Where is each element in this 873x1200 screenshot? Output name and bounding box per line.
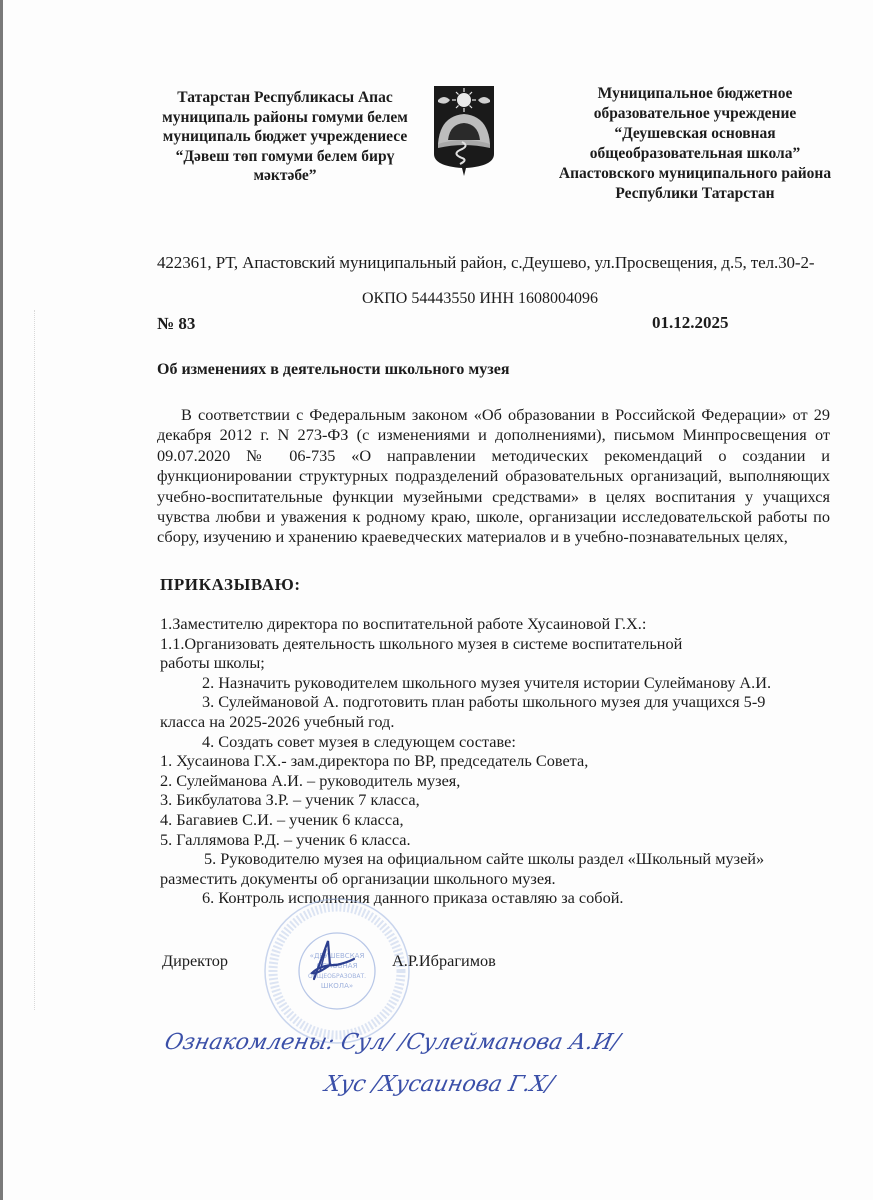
- council-member: 5. Галлямова Р.Д. – ученик 6 класса.: [160, 830, 840, 850]
- council-member: 3. Бикбулатова З.Р. – ученик 7 класса,: [160, 790, 840, 810]
- header-left-line: “Дәвеш төп гомуми белем бирү: [140, 147, 430, 167]
- header-tatar-block: Татарстан Республикасы Апас муниципаль р…: [140, 88, 430, 186]
- preamble-paragraph: В соответствии с Федеральным законом «Об…: [157, 405, 830, 548]
- header-left-line: муниципаль бюджет учреждениесе: [140, 127, 430, 147]
- order-item: 2. Назначить руководителем школьного муз…: [160, 673, 840, 693]
- header-left-line: мәктәбе”: [140, 166, 430, 186]
- coat-of-arms-emblem-icon: [432, 84, 496, 176]
- order-item: 3. Сулеймановой А. подготовить план рабо…: [160, 692, 840, 712]
- order-item: 1.1.Организовать деятельность школьного …: [160, 634, 840, 654]
- header-right-line: Муниципальное бюджетное: [540, 84, 850, 104]
- order-items-list: 1.Заместителю директора по воспитательно…: [160, 614, 840, 908]
- header-right-line: Апастовского муниципального района: [540, 164, 850, 184]
- acknowledgement-line-2: Хус /Хусаинова Г.Х/: [322, 1072, 556, 1097]
- header-right-line: образовательное учреждение: [540, 104, 850, 124]
- order-item: 1.Заместителю директора по воспитательно…: [160, 614, 840, 634]
- order-title: Об изменениях в деятельности школьного м…: [157, 361, 509, 379]
- header-right-line: Республики Татарстан: [540, 184, 850, 204]
- order-heading: ПРИКАЗЫВАЮ:: [160, 575, 301, 595]
- director-name: А.Р.Ибрагимов: [392, 951, 496, 971]
- order-date: 01.12.2025: [652, 313, 729, 333]
- okpo-inn-codes: ОКПО 54443550 ИНН 1608004096: [362, 290, 598, 308]
- acknowledgement-line-1: Ознакомлены: Сул/ /Сулейманова А.И/: [162, 1030, 622, 1055]
- director-signature-icon: [306, 935, 358, 985]
- scan-left-edge: [0, 0, 3, 1200]
- council-member: 4. Багавиев С.И. – ученик 6 класса,: [160, 810, 840, 830]
- header-right-line: “Деушевская основная: [540, 124, 850, 144]
- order-item: 5. Руководителю музея на официальном сай…: [160, 849, 840, 869]
- council-member: 1. Хусаинова Г.Х.- зам.директора по ВР, …: [160, 751, 840, 771]
- header-left-line: муниципаль районы гомуми белем: [140, 108, 430, 128]
- scan-margin-dots: [34, 310, 36, 1010]
- order-item: класса на 2025-2026 учебный год.: [160, 712, 840, 732]
- header-left-line: Татарстан Республикасы Апас: [140, 88, 430, 108]
- header-right-line: общеобразовательная школа”: [540, 144, 850, 164]
- council-member: 2. Сулейманова А.И. – руководитель музея…: [160, 771, 840, 791]
- director-label: Директор: [162, 951, 228, 971]
- order-item: 4. Создать совет музея в следующем соста…: [160, 732, 840, 752]
- order-number: № 83: [157, 314, 195, 334]
- order-item: разместить документы об организации школ…: [160, 869, 840, 889]
- school-address: 422361, РТ, Апастовский муниципальный ра…: [157, 253, 814, 273]
- order-item: работы школы;: [160, 653, 840, 673]
- header-russian-block: Муниципальное бюджетное образовательное …: [540, 84, 850, 204]
- preamble-text: В соответствии с Федеральным законом «Об…: [157, 405, 830, 546]
